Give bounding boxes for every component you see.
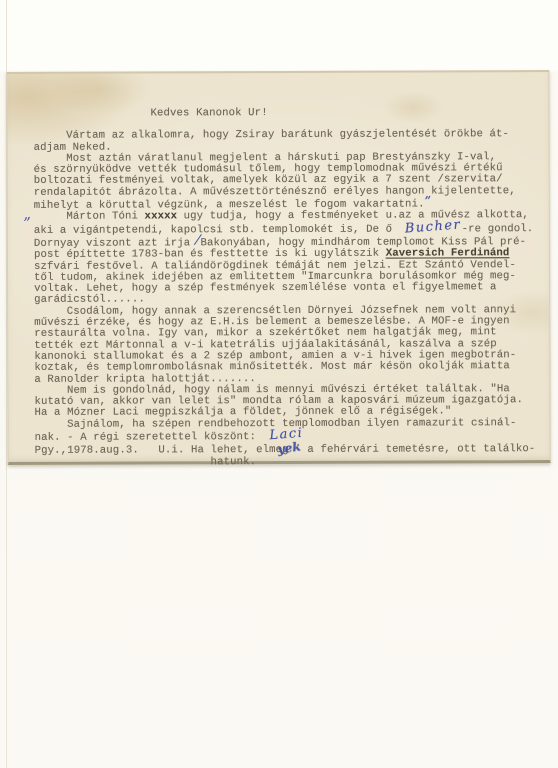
typed-text: xxxxx xyxy=(145,211,178,223)
typed-text: Márton Tóni xyxy=(34,211,145,223)
handwritten-text: ” xyxy=(424,196,433,208)
handwritten-text: Bucher xyxy=(405,219,462,234)
typed-text: rendalapitót ábrázolta. A művészettörtén… xyxy=(34,185,516,199)
handwritten-correction: yek xyxy=(277,442,302,456)
typed-text: aki a vigántpetendi, kapolcsi stb. templ… xyxy=(34,223,405,236)
letter-salutation: Kedves Kanonok Ur! xyxy=(33,107,538,120)
typed-text: -re gondol. xyxy=(462,223,534,235)
letter-line: Pgy.,1978.aug.3. U.i. Ha lehet, elmegyek… xyxy=(35,442,540,457)
letter-line: hatunk. xyxy=(35,456,540,469)
scanned-letter-page: { "page": { "background_color": "#faf8f1… xyxy=(0,0,558,768)
typed-text: hatunk. xyxy=(35,456,257,469)
handwritten-margin-quote-mark: „ xyxy=(22,205,32,224)
typed-text: koztak, és templomrombolásnak minősitett… xyxy=(34,360,510,374)
typed-text: nak. - A régi szeretettel köszönt: xyxy=(35,431,270,444)
letter-paper: „ Kedves Kanonok Ur! Vártam az alkalomra… xyxy=(6,70,550,465)
typed-text: ugy tudja, hogy a festményeket u.az a mű… xyxy=(177,210,529,223)
typed-text: Vártam az alkalomra, hogy Zsiray barátun… xyxy=(34,128,510,142)
typed-text: a fehérvári temetésre, ott találko- xyxy=(301,443,536,456)
letter-body: Kedves Kanonok Ur! Vártam az alkalomra, … xyxy=(33,107,539,469)
handwritten-text: ⁄ xyxy=(196,235,200,247)
paper-speckles xyxy=(7,74,9,76)
letter-line: rendalapitót ábrázolta. A művészettörtén… xyxy=(34,186,539,199)
